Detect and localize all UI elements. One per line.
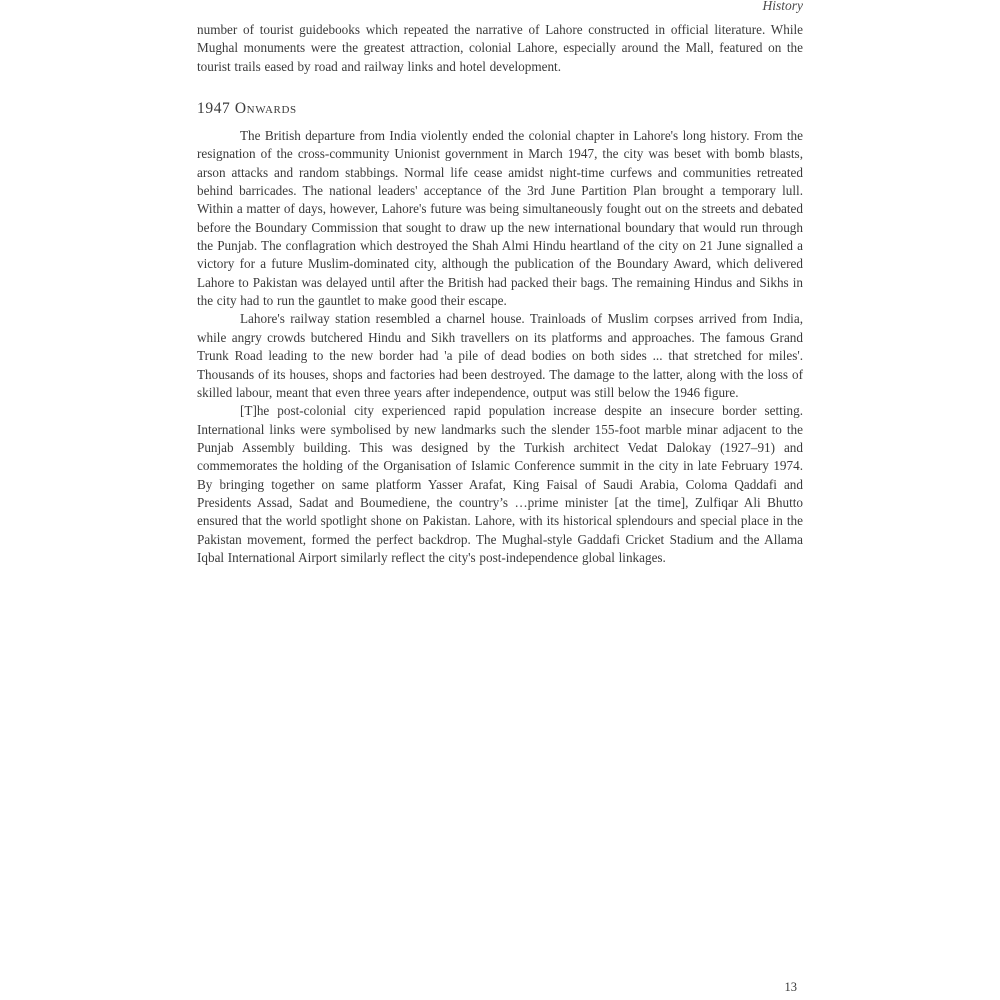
page-content: number of tourist guidebooks which repea…	[197, 21, 803, 567]
body-paragraph-2: Lahore's railway station resembled a cha…	[197, 310, 803, 402]
body-paragraph-3: [T]he post-colonial city experienced rap…	[197, 402, 803, 567]
page-number: 13	[785, 980, 798, 995]
book-page: History number of tourist guidebooks whi…	[0, 0, 1000, 1000]
intro-paragraph: number of tourist guidebooks which repea…	[197, 21, 803, 76]
running-header: History	[763, 0, 804, 15]
section-heading: 1947 Onwards	[197, 100, 803, 118]
body-paragraph-1: The British departure from India violent…	[197, 127, 803, 310]
